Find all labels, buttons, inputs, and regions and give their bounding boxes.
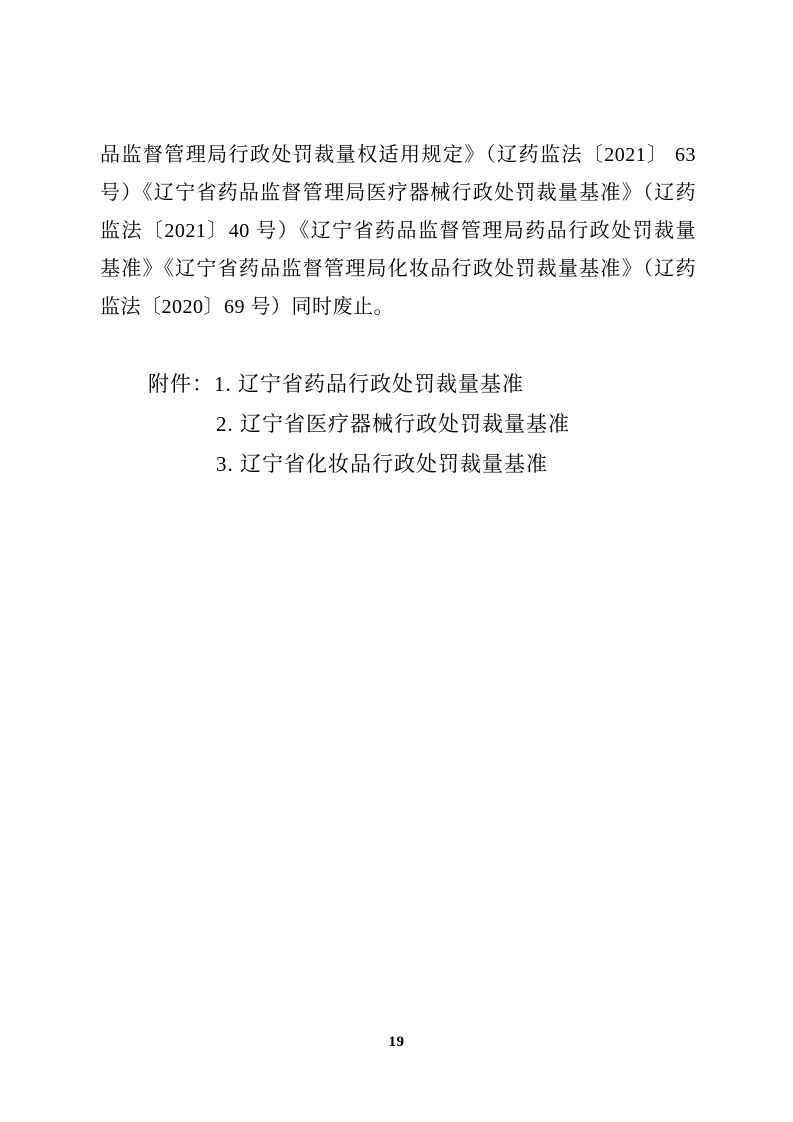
page-number: 19 xyxy=(0,1034,793,1051)
text-block: 品监督管理局行政处罚裁量权适用规定》（辽药监法〔2021〕 63 号）《辽宁省药… xyxy=(100,136,696,484)
attachment-label: 附件： xyxy=(148,364,214,404)
attachment-row-3: 3. 辽宁省化妆品行政处罚裁量基准 xyxy=(148,444,696,484)
paragraph-line-1: 品监督管理局行政处罚裁量权适用规定》（辽药监法〔2021〕 63 xyxy=(100,136,696,174)
attachment-item-2: 2. 辽宁省医疗器械行政处罚裁量基准 xyxy=(216,412,570,436)
attachment-item-3: 3. 辽宁省化妆品行政处罚裁量基准 xyxy=(216,452,548,476)
paragraph-line-4: 基准》《辽宁省药品监督管理局化妆品行政处罚裁量基准》（辽药 xyxy=(100,250,696,288)
attachment-item-1: 1. 辽宁省药品行政处罚裁量基准 xyxy=(214,372,524,396)
attachment-row-1: 附件：1. 辽宁省药品行政处罚裁量基准 xyxy=(148,364,696,404)
paragraph-line-2: 号）《辽宁省药品监督管理局医疗器械行政处罚裁量基准》（辽药 xyxy=(100,174,696,212)
paragraph-line-3: 监法〔2021〕40 号）《辽宁省药品监督管理局药品行政处罚裁量 xyxy=(100,212,696,250)
closing-paragraph: 品监督管理局行政处罚裁量权适用规定》（辽药监法〔2021〕 63 号）《辽宁省药… xyxy=(100,136,696,326)
attachment-list: 附件：1. 辽宁省药品行政处罚裁量基准 2. 辽宁省医疗器械行政处罚裁量基准 3… xyxy=(100,364,696,484)
paragraph-line-5: 监法〔2020〕69 号）同时废止。 xyxy=(100,288,696,326)
document-page: 品监督管理局行政处罚裁量权适用规定》（辽药监法〔2021〕 63 号）《辽宁省药… xyxy=(0,0,793,1122)
attachment-row-2: 2. 辽宁省医疗器械行政处罚裁量基准 xyxy=(148,404,696,444)
